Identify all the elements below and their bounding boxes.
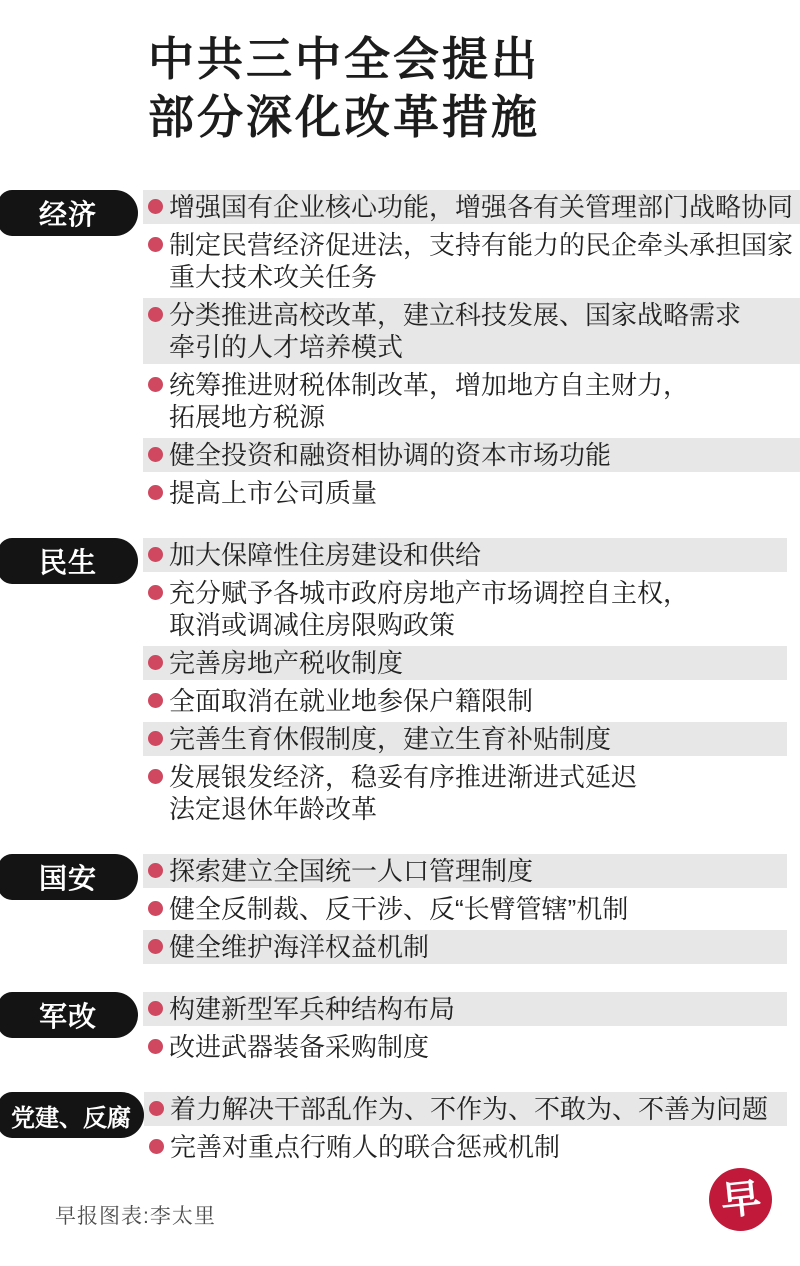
list-item: 全面取消在就业地参保户籍限制	[143, 684, 787, 718]
bullet-icon	[148, 447, 163, 462]
section-tag-column: 经济	[0, 190, 143, 236]
section-items-column: 着力解决干部乱作为、不作为、不敢为、不善为问题完善对重点行贿人的联合惩戒机制	[144, 1092, 800, 1168]
item-line: 充分赋予各城市政府房地产市场调控自主权，	[169, 577, 777, 609]
item-line: 构建新型军兵种结构布局	[169, 993, 777, 1025]
list-item: 分类推进高校改革，建立科技发展、国家战略需求牵引的人才培养模式	[143, 298, 800, 364]
bullet-icon	[148, 485, 163, 500]
section-tag-column: 民生	[0, 538, 143, 584]
section-items-column: 加大保障性住房建设和供给充分赋予各城市政府房地产市场调控自主权，取消或调减住房限…	[143, 538, 800, 830]
item-line: 完善对重点行贿人的联合惩戒机制	[170, 1131, 777, 1163]
page-title-line-1: 中共三中全会提出	[148, 33, 540, 85]
section-tag-column: 国安	[0, 854, 143, 900]
bullet-icon	[148, 731, 163, 746]
list-item: 健全维护海洋权益机制	[143, 930, 787, 964]
item-line: 重大技术攻关任务	[169, 261, 793, 293]
infographic-page: 中共三中全会提出 部分深化改革措施 经济增强国有企业核心功能，增强各有关管理部门…	[0, 0, 800, 1266]
sections-list: 经济增强国有企业核心功能，增强各有关管理部门战略协同制定民营经济促进法，支持有能…	[0, 190, 800, 1168]
list-item: 统筹推进财税体制改革，增加地方自主财力，拓展地方税源	[143, 368, 800, 434]
list-item: 发展银发经济，稳妥有序推进渐进式延迟法定退休年龄改革	[143, 760, 787, 826]
item-line: 全面取消在就业地参保户籍限制	[169, 685, 777, 717]
page-title: 中共三中全会提出 部分深化改革措施	[0, 0, 800, 146]
section-military-reform: 军改构建新型军兵种结构布局改进武器装备采购制度	[0, 992, 800, 1068]
item-line: 探索建立全国统一人口管理制度	[169, 855, 777, 887]
bullet-icon	[148, 199, 163, 214]
item-line: 完善房地产税收制度	[169, 647, 777, 679]
item-line: 统筹推进财税体制改革，增加地方自主财力，	[169, 369, 793, 401]
item-line: 健全维护海洋权益机制	[169, 931, 777, 963]
section-items-column: 探索建立全国统一人口管理制度健全反制裁、反干涉、反“长臂管辖”机制健全维护海洋权…	[143, 854, 800, 968]
item-line: 发展银发经济，稳妥有序推进渐进式延迟	[169, 761, 777, 793]
list-item: 提高上市公司质量	[143, 476, 800, 510]
list-item: 完善对重点行贿人的联合惩戒机制	[144, 1130, 787, 1164]
list-item: 完善房地产税收制度	[143, 646, 787, 680]
bullet-icon	[148, 547, 163, 562]
item-line: 健全投资和融资相协调的资本市场功能	[169, 439, 793, 471]
section-national-security: 国安探索建立全国统一人口管理制度健全反制裁、反干涉、反“长臂管辖”机制健全维护海…	[0, 854, 800, 968]
bullet-icon	[148, 307, 163, 322]
item-line: 拓展地方税源	[169, 401, 793, 433]
item-line: 分类推进高校改革，建立科技发展、国家战略需求	[169, 299, 793, 331]
bullet-icon	[148, 769, 163, 784]
section-economy: 经济增强国有企业核心功能，增强各有关管理部门战略协同制定民营经济促进法，支持有能…	[0, 190, 800, 514]
item-line: 提高上市公司质量	[169, 477, 793, 509]
item-line: 法定退休年龄改革	[169, 793, 777, 825]
bullet-icon	[148, 237, 163, 252]
item-line: 改进武器装备采购制度	[169, 1031, 777, 1063]
section-tag-column: 军改	[0, 992, 143, 1038]
item-line: 制定民营经济促进法，支持有能力的民企牵头承担国家	[169, 229, 793, 261]
section-tag-economy: 经济	[0, 190, 138, 236]
bullet-icon	[148, 901, 163, 916]
section-items-column: 构建新型军兵种结构布局改进武器装备采购制度	[143, 992, 800, 1068]
item-line: 增强国有企业核心功能，增强各有关管理部门战略协同	[169, 191, 793, 223]
section-tag-national-security: 国安	[0, 854, 138, 900]
list-item: 加大保障性住房建设和供给	[143, 538, 787, 572]
item-line: 着力解决干部乱作为、不作为、不敢为、不善为问题	[170, 1093, 777, 1125]
bullet-icon	[148, 655, 163, 670]
item-line: 完善生育休假制度，建立生育补贴制度	[169, 723, 777, 755]
list-item: 完善生育休假制度，建立生育补贴制度	[143, 722, 787, 756]
item-line: 取消或调减住房限购政策	[169, 609, 777, 641]
bullet-icon	[148, 1039, 163, 1054]
section-tag-military-reform: 军改	[0, 992, 138, 1038]
item-line: 加大保障性住房建设和供给	[169, 539, 777, 571]
bullet-icon	[148, 863, 163, 878]
bullet-icon	[149, 1139, 164, 1154]
section-items-column: 增强国有企业核心功能，增强各有关管理部门战略协同制定民营经济促进法，支持有能力的…	[143, 190, 800, 514]
section-tag-party-anticorruption: 党建、反腐	[0, 1092, 144, 1138]
zaobao-logo-glyph: 早	[719, 1178, 763, 1222]
list-item: 探索建立全国统一人口管理制度	[143, 854, 787, 888]
list-item: 健全反制裁、反干涉、反“长臂管辖”机制	[143, 892, 787, 926]
zaobao-logo-icon: 早	[709, 1168, 772, 1231]
list-item: 制定民营经济促进法，支持有能力的民企牵头承担国家重大技术攻关任务	[143, 228, 800, 294]
page-title-line-2: 部分深化改革措施	[148, 91, 540, 143]
bullet-icon	[148, 377, 163, 392]
list-item: 增强国有企业核心功能，增强各有关管理部门战略协同	[143, 190, 800, 224]
bullet-icon	[148, 939, 163, 954]
list-item: 健全投资和融资相协调的资本市场功能	[143, 438, 800, 472]
item-line: 牵引的人才培养模式	[169, 331, 793, 363]
section-tag-livelihood: 民生	[0, 538, 138, 584]
list-item: 改进武器装备采购制度	[143, 1030, 787, 1064]
credit-text: 早报图表:李太里	[55, 1200, 216, 1230]
bullet-icon	[148, 693, 163, 708]
list-item: 充分赋予各城市政府房地产市场调控自主权，取消或调减住房限购政策	[143, 576, 787, 642]
bullet-icon	[149, 1101, 164, 1116]
bullet-icon	[148, 1001, 163, 1016]
item-line: 健全反制裁、反干涉、反“长臂管辖”机制	[169, 893, 777, 925]
list-item: 着力解决干部乱作为、不作为、不敢为、不善为问题	[144, 1092, 787, 1126]
section-livelihood: 民生加大保障性住房建设和供给充分赋予各城市政府房地产市场调控自主权，取消或调减住…	[0, 538, 800, 830]
bullet-icon	[148, 585, 163, 600]
section-tag-column: 党建、反腐	[0, 1092, 144, 1138]
list-item: 构建新型军兵种结构布局	[143, 992, 787, 1026]
section-party-anticorruption: 党建、反腐着力解决干部乱作为、不作为、不敢为、不善为问题完善对重点行贿人的联合惩…	[0, 1092, 800, 1168]
